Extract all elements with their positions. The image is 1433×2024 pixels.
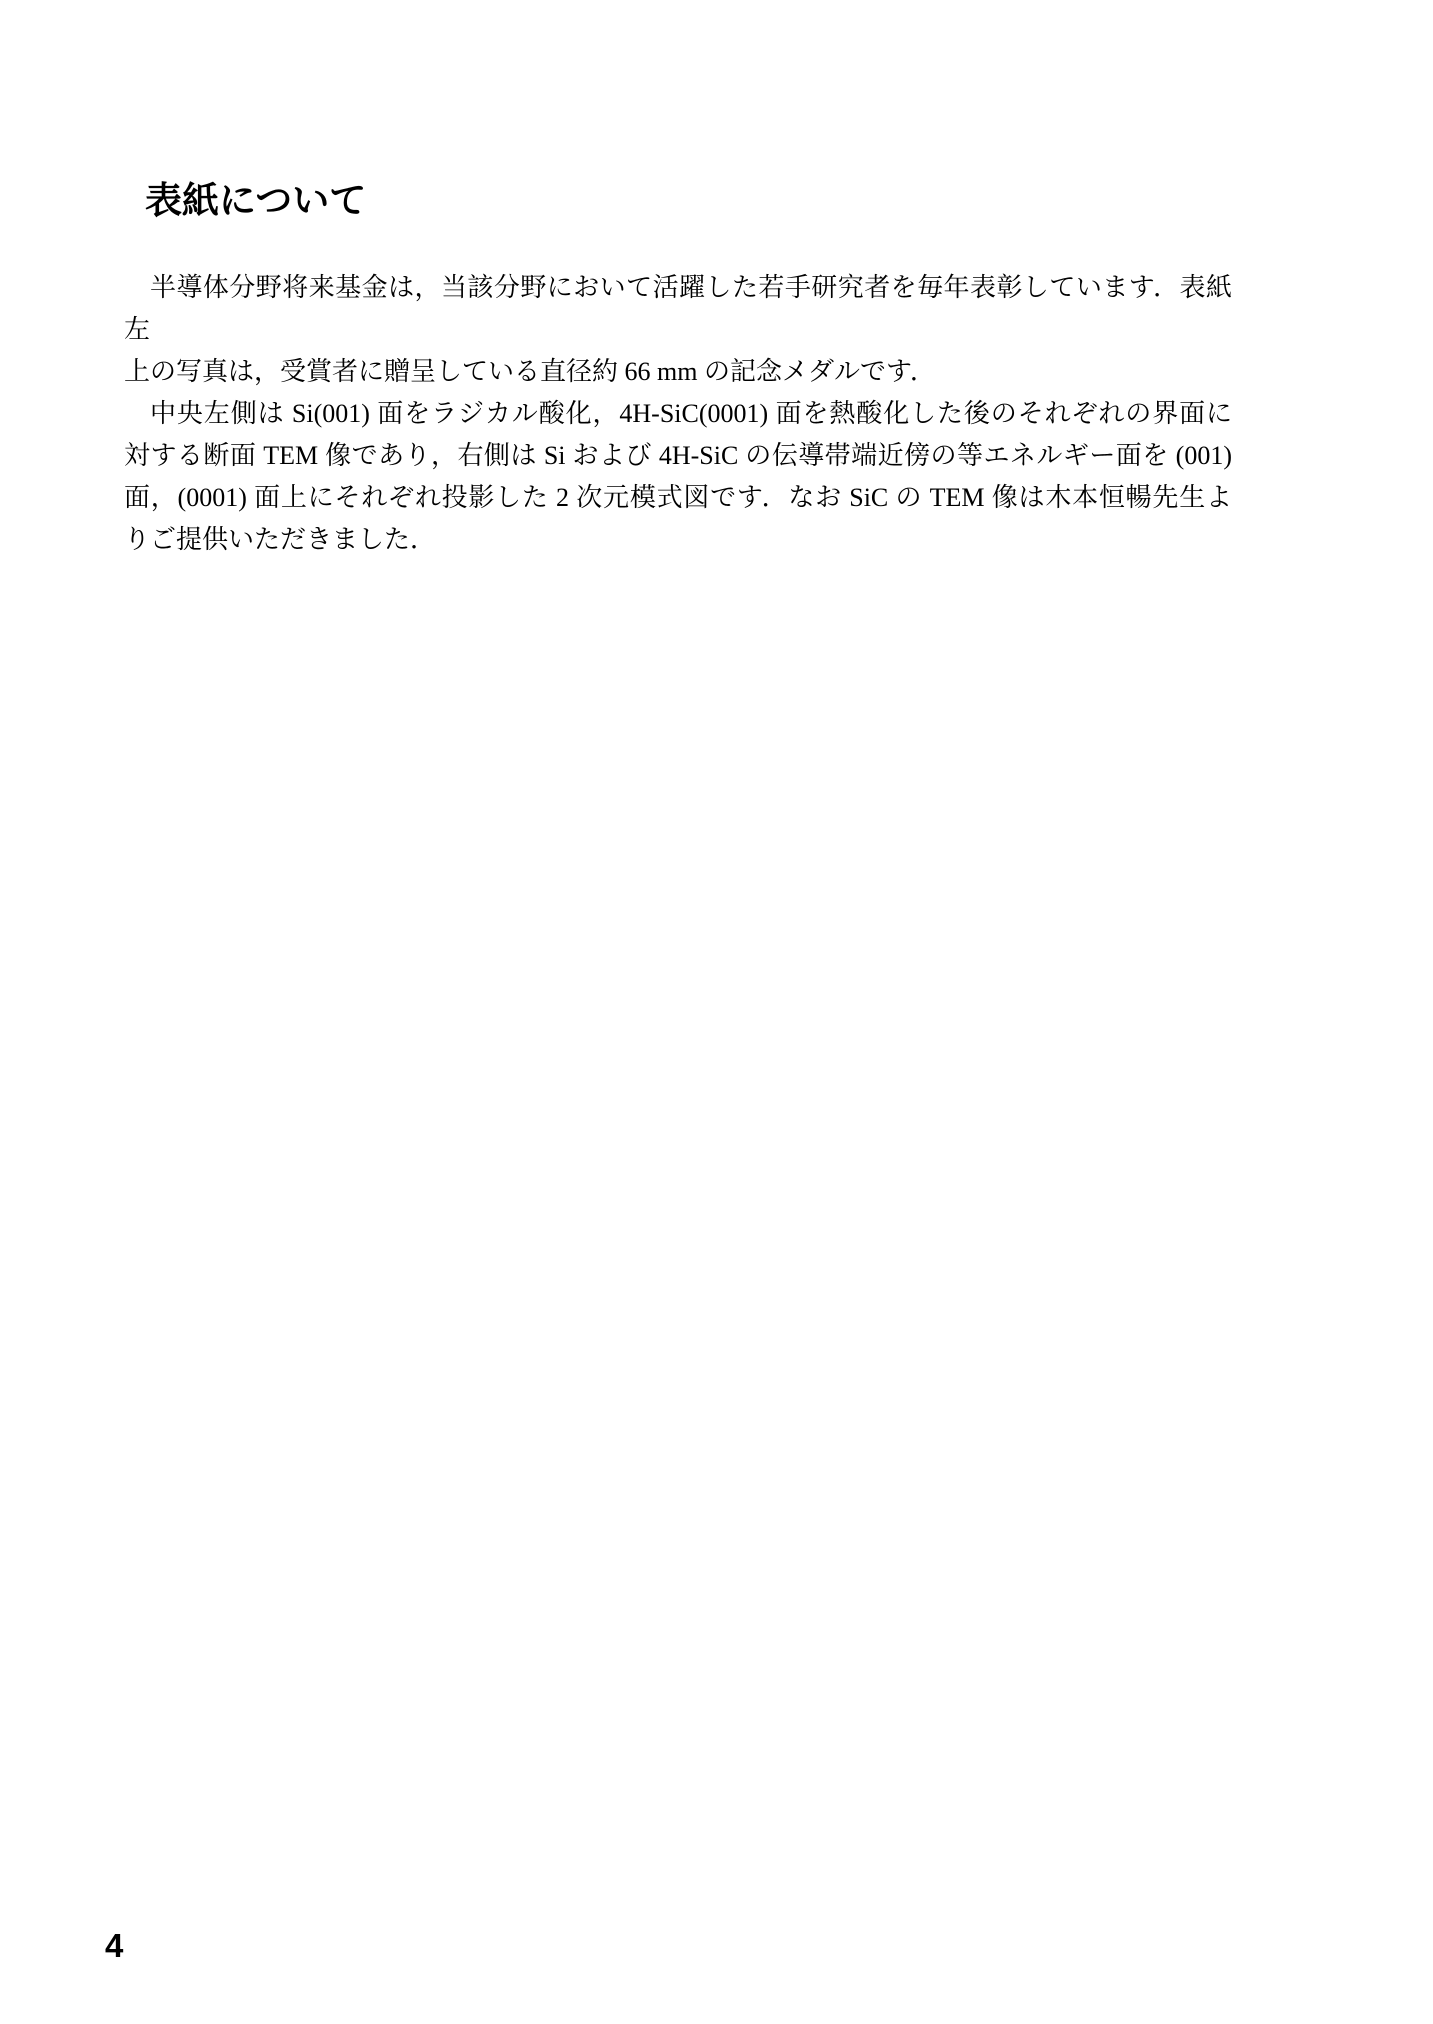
text-line: 対する断面 TEM 像であり，右側は Si および 4H-SiC の伝導帯端近傍… — [124, 435, 1232, 477]
text-line: 半導体分野将来基金は，当該分野において活躍した若手研究者を毎年表彰しています．表… — [124, 267, 1232, 351]
body-text: 半導体分野将来基金は，当該分野において活躍した若手研究者を毎年表彰しています．表… — [124, 267, 1232, 561]
document-page: 表紙について 半導体分野将来基金は，当該分野において活躍した若手研究者を毎年表彰… — [0, 0, 1433, 2024]
section-heading: 表紙について — [145, 180, 366, 223]
text-line: 上の写真は，受賞者に贈呈している直径約 66 mm の記念メダルです． — [124, 351, 1232, 393]
text-line: 面，(0001) 面上にそれぞれ投影した 2 次元模式図です．なお SiC の … — [124, 477, 1232, 519]
text-line: りご提供いただきました． — [124, 519, 1232, 561]
page-number: 4 — [105, 1929, 123, 1962]
paragraph-tem-images: 中央左側は Si(001) 面をラジカル酸化，4H-SiC(0001) 面を熱酸… — [124, 393, 1232, 561]
paragraph-cover-medal: 半導体分野将来基金は，当該分野において活躍した若手研究者を毎年表彰しています．表… — [124, 267, 1232, 393]
text-line: 中央左側は Si(001) 面をラジカル酸化，4H-SiC(0001) 面を熱酸… — [124, 393, 1232, 435]
